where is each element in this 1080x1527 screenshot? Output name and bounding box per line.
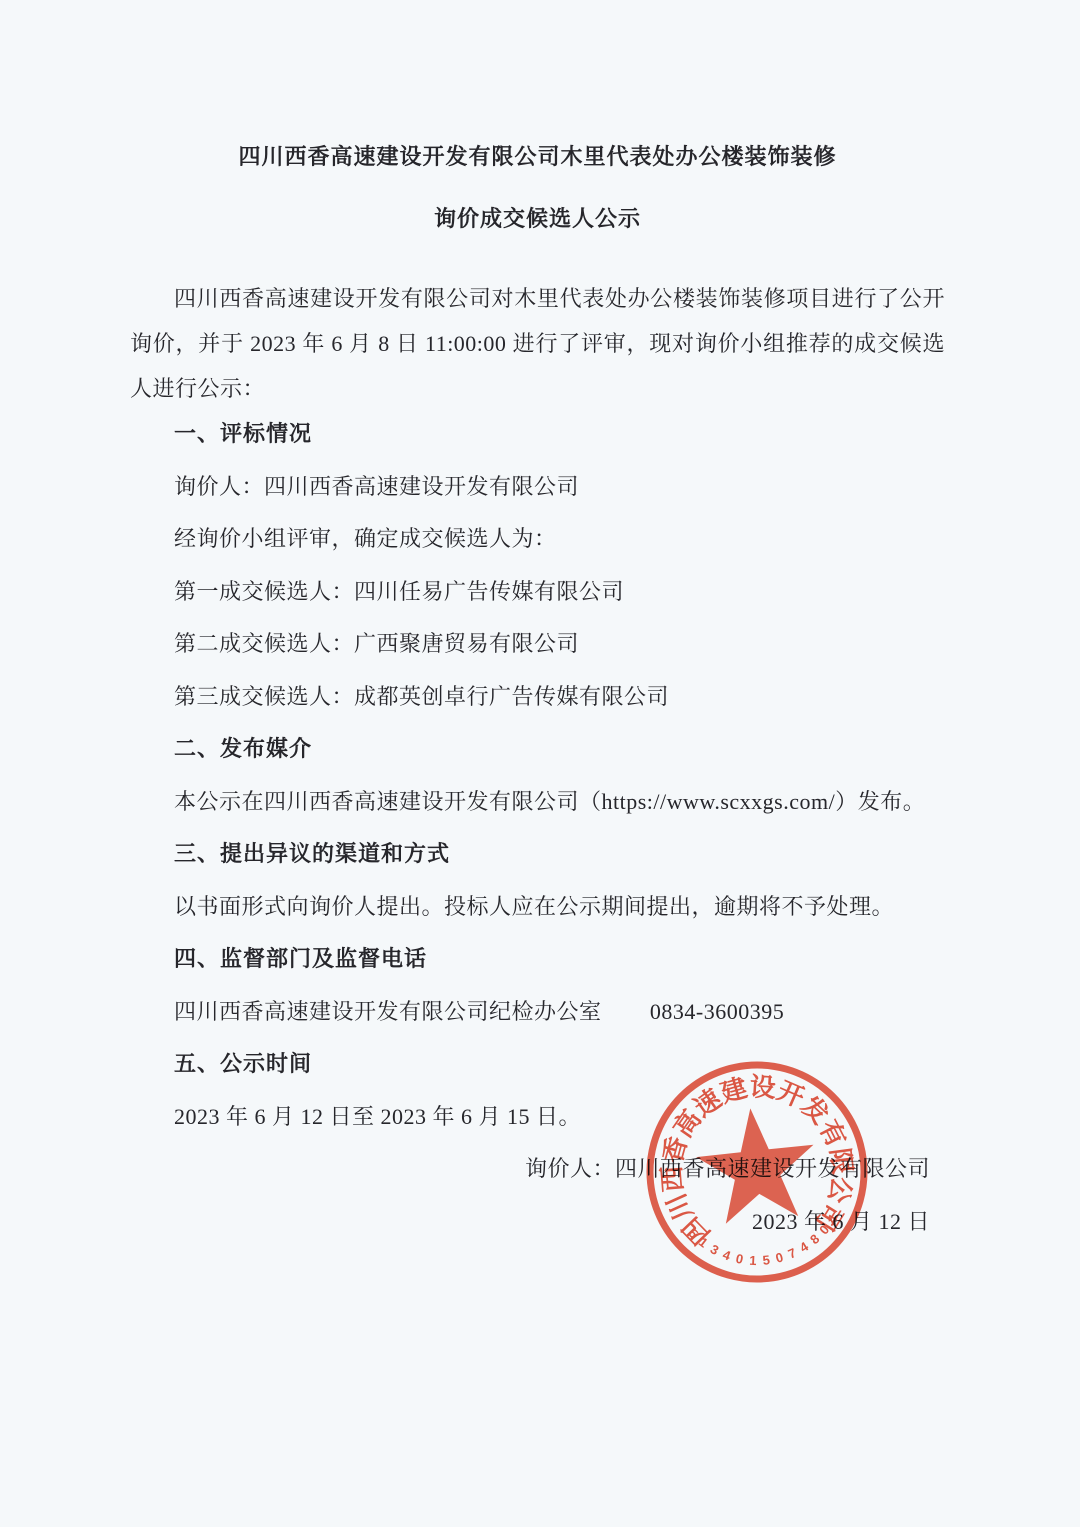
svg-text:3: 3 [708,1241,722,1258]
supervision-line: 四川西香高速建设开发有限公司纪检办公室0834-3600395 [130,989,945,1034]
media-paragraph: 本公示在四川西香高速建设开发有限公司（https://www.scxxgs.co… [130,779,945,824]
signature-date-line: 2023 年 6 月 12 日 [130,1199,930,1244]
intro-paragraph: 四川西香高速建设开发有限公司对木里代表处办公楼装饰装修项目进行了公开询价，并于 … [130,276,945,411]
section-5-heading: 五、公示时间 [130,1041,945,1086]
svg-text:5: 5 [762,1252,771,1268]
svg-text:7: 7 [786,1245,799,1262]
candidate-1-line: 第一成交候选人：四川任易广告传媒有限公司 [130,569,945,614]
review-line: 经询价小组评审，确定成交候选人为： [130,516,945,561]
objection-paragraph: 以书面形式向询价人提出。投标人应在公示期间提出，逾期将不予处理。 [130,884,945,929]
supervision-office: 四川西香高速建设开发有限公司纪检办公室 [174,999,602,1024]
section-1-heading: 一、评标情况 [130,411,945,456]
doc-title-line2: 询价成交候选人公示 [130,204,945,234]
document-page: 四川西香高速建设开发有限公司木里代表处办公楼装饰装修 询价成交候选人公示 四川西… [0,0,1080,1527]
svg-text:0: 0 [774,1249,785,1265]
publicity-period-line: 2023 年 6 月 12 日至 2023 年 6 月 15 日。 [130,1094,945,1139]
svg-text:0: 0 [735,1251,745,1267]
section-2-heading: 二、发布媒介 [130,726,945,771]
svg-text:4: 4 [721,1247,734,1264]
candidate-2-line: 第二成交候选人：广西聚唐贸易有限公司 [130,621,945,666]
buyer-line: 询价人：四川西香高速建设开发有限公司 [130,464,945,509]
section-3-heading: 三、提出异议的渠道和方式 [130,831,945,876]
candidate-3-line: 第三成交候选人：成都英创卓行广告传媒有限公司 [130,674,945,719]
svg-text:1: 1 [749,1253,757,1268]
supervision-phone: 0834-3600395 [650,999,784,1024]
section-4-heading: 四、监督部门及监督电话 [130,936,945,981]
doc-title-line1: 四川西香高速建设开发有限公司木里代表处办公楼装饰装修 [130,142,945,172]
signature-line: 询价人：四川西香高速建设开发有限公司 [130,1146,930,1191]
signature-block: 询价人：四川西香高速建设开发有限公司 2023 年 6 月 12 日 [130,1146,930,1244]
